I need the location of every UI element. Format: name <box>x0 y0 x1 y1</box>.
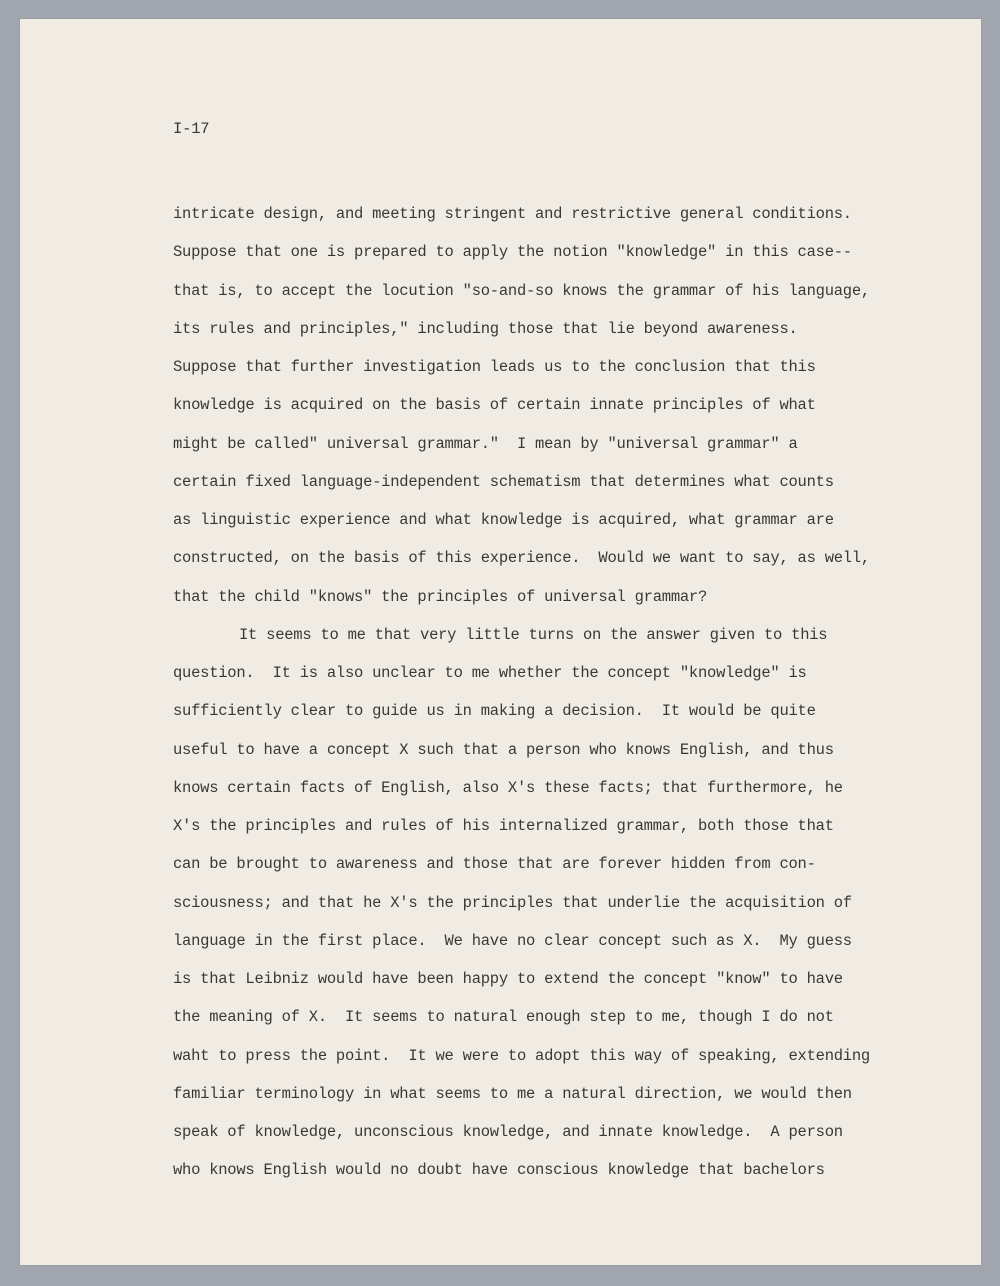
text-line: as linguistic experience and what knowle… <box>173 501 953 539</box>
text-line: knows certain facts of English, also X's… <box>173 769 953 807</box>
page-number: I-17 <box>173 120 209 138</box>
text-line: sciousness; and that he X's the principl… <box>173 884 953 922</box>
text-line: certain fixed language-independent schem… <box>173 463 953 501</box>
text-line: speak of knowledge, unconscious knowledg… <box>173 1113 953 1151</box>
document-page: I-17 intricate design, and meeting strin… <box>20 19 981 1265</box>
text-line: X's the principles and rules of his inte… <box>173 807 953 845</box>
text-line: its rules and principles," including tho… <box>173 310 953 348</box>
text-line: waht to press the point. It we were to a… <box>173 1037 953 1075</box>
text-line: constructed, on the basis of this experi… <box>173 539 953 577</box>
text-line: is that Leibniz would have been happy to… <box>173 960 953 998</box>
text-line: familiar terminology in what seems to me… <box>173 1075 953 1113</box>
text-line: that the child "knows" the principles of… <box>173 578 953 616</box>
text-line: Suppose that further investigation leads… <box>173 348 953 386</box>
text-line: knowledge is acquired on the basis of ce… <box>173 386 953 424</box>
body-text: intricate design, and meeting stringent … <box>173 195 953 1190</box>
paragraph-start-line: It seems to me that very little turns on… <box>173 616 953 654</box>
text-line: can be brought to awareness and those th… <box>173 845 953 883</box>
text-line: language in the first place. We have no … <box>173 922 953 960</box>
text-line: who knows English would no doubt have co… <box>173 1151 953 1189</box>
text-line: intricate design, and meeting stringent … <box>173 195 953 233</box>
text-line: sufficiently clear to guide us in making… <box>173 692 953 730</box>
text-line: the meaning of X. It seems to natural en… <box>173 998 953 1036</box>
text-line: that is, to accept the locution "so-and-… <box>173 272 953 310</box>
text-line: question. It is also unclear to me wheth… <box>173 654 953 692</box>
text-line: Suppose that one is prepared to apply th… <box>173 233 953 271</box>
text-line: might be called" universal grammar." I m… <box>173 425 953 463</box>
text-line: useful to have a concept X such that a p… <box>173 731 953 769</box>
